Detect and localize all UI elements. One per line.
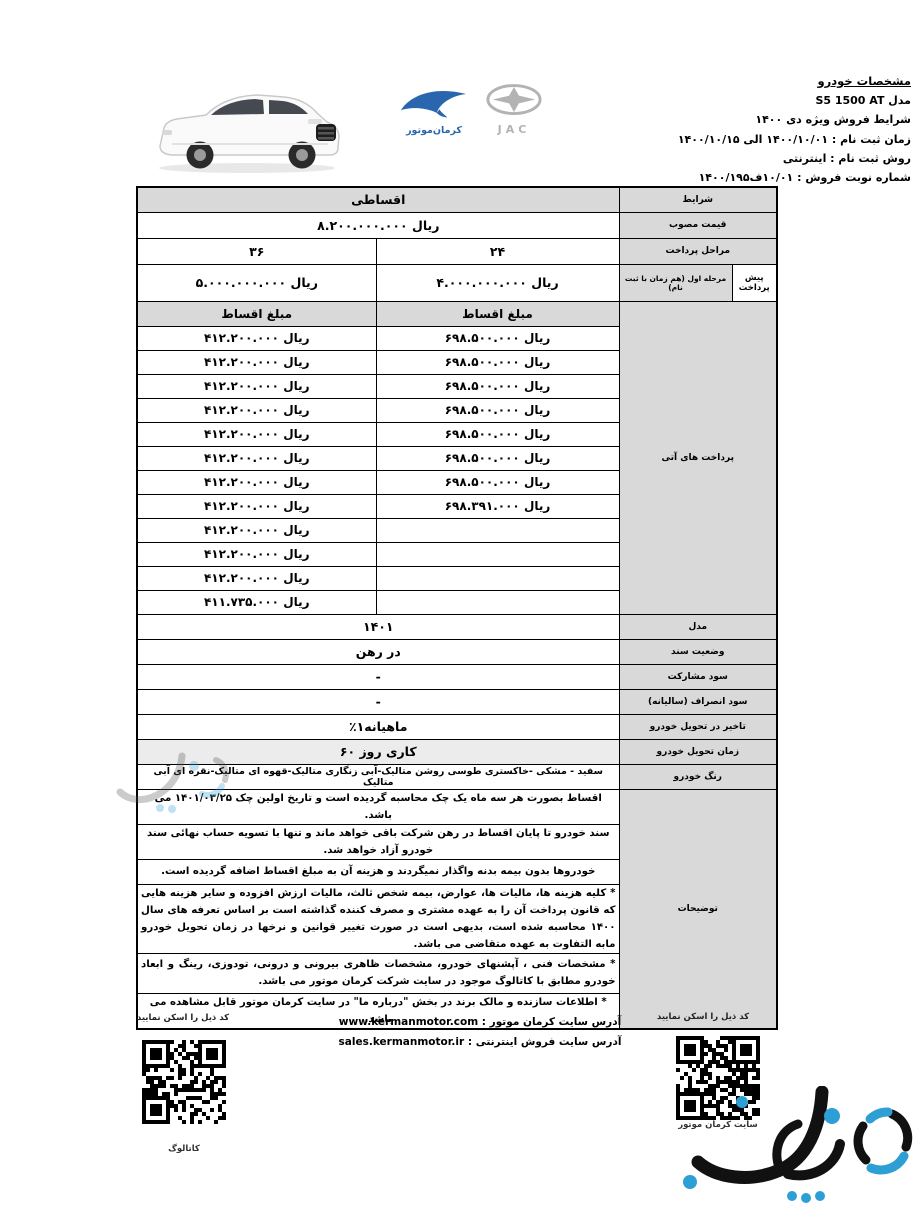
installment-cell: ۶۹۸.۳۹۱.۰۰۰ ریال [376, 494, 619, 518]
installment-cell: ۶۹۸.۵۰۰.۰۰۰ ریال [376, 374, 619, 398]
watermark-logo [680, 1086, 917, 1222]
label-delivery-time: زمان تحویل خودرو [619, 739, 777, 764]
value-down-24: ۴.۰۰۰.۰۰۰.۰۰۰ ریال [376, 264, 619, 301]
site-address-line: آدرس سایت کرمان موتور : www.kermanmotor.… [290, 1012, 670, 1032]
scan-instruction-left: کد ذیل را اسکن نمایید [128, 1013, 238, 1023]
label-down-payment: پیش پرداخت [732, 264, 777, 301]
registration-time-line: زمان ثبت نام : ۱۴۰۰/۱۰/۰۱ الی ۱۴۰۰/۱۰/۱۵ [678, 130, 911, 149]
label-car-color: رنگ خودرو [619, 764, 777, 789]
value-partnership-profit: - [137, 664, 619, 689]
sale-number-line: شماره نوبت فروش : ۱۰/۰۱ف۱۴۰۰/۱۹۵ [678, 168, 911, 187]
note-row: سند خودرو تا پایان اقساط در رهن شرکت باق… [137, 824, 619, 859]
value-months-36: ۳۶ [137, 238, 376, 264]
installment-cell: ۴۱۲.۲۰۰.۰۰۰ ریال [137, 494, 376, 518]
value-down-36: ۵.۰۰۰.۰۰۰.۰۰۰ ریال [137, 264, 376, 301]
installment-cell: ۴۱۲.۲۰۰.۰۰۰ ریال [137, 350, 376, 374]
value-cancellation-profit: - [137, 689, 619, 714]
value-months-24: ۲۴ [376, 238, 619, 264]
installment-cell [376, 542, 619, 566]
label-conditions: شرایط [619, 187, 777, 212]
installment-cell: ۶۹۸.۵۰۰.۰۰۰ ریال [376, 446, 619, 470]
installment-cell: ۴۱۲.۲۰۰.۰۰۰ ریال [137, 398, 376, 422]
label-partnership-profit: سود مشارکت [619, 664, 777, 689]
page-title: مشخصات خودرو [678, 72, 911, 91]
jac-logo: JAC [485, 83, 543, 139]
kerman-motor-whale-icon [398, 86, 470, 120]
kerman-motor-logo: کرمان‌موتور [396, 86, 472, 140]
note-row: * مشخصات فنی ، آپشنهای خودرو، مشخصات ظاه… [137, 953, 619, 993]
kerman-motor-logo-text: کرمان‌موتور [396, 125, 472, 136]
note-row: * کلیه هزینه ها، مالیات ها، عوارض، بیمه … [137, 884, 619, 953]
label-cancellation-profit: سود انصراف (سالیانه) [619, 689, 777, 714]
installment-cell: ۴۱۲.۲۰۰.۰۰۰ ریال [137, 470, 376, 494]
sale-terms-line: شرایط فروش ویژه دی ۱۴۰۰ [678, 110, 911, 129]
value-plan-type: اقساطی [137, 187, 619, 212]
label-future-payments: پرداخت های آتی [619, 301, 777, 614]
sales-address-line: آدرس سایت فروش اینترنتی : sales.kermanmo… [290, 1032, 670, 1052]
model-line: مدل S5 1500 AT [678, 91, 911, 110]
header-info: مشخصات خودرو مدل S5 1500 AT شرایط فروش و… [678, 72, 911, 187]
value-car-colors: سفید - مشکی -خاکستری طوسی روشن متالیک-آب… [137, 764, 619, 789]
installment-cell: ۶۹۸.۵۰۰.۰۰۰ ریال [376, 398, 619, 422]
value-approved-price: ۸.۲۰۰.۰۰۰.۰۰۰ ریال [137, 212, 619, 238]
installment-cell [376, 590, 619, 614]
installment-cell: ۴۱۲.۲۰۰.۰۰۰ ریال [137, 518, 376, 542]
spec-table: شرایط اقساطی قیمت مصوب ۸.۲۰۰.۰۰۰.۰۰۰ ریا… [136, 186, 778, 1030]
installment-cell: ۴۱۲.۲۰۰.۰۰۰ ریال [137, 326, 376, 350]
installment-cell: ۴۱۲.۲۰۰.۰۰۰ ریال [137, 446, 376, 470]
jac-star-icon [485, 83, 543, 119]
installment-cell [376, 518, 619, 542]
value-delivery-time: ۶۰ ‎روز ‎کاری [137, 739, 619, 764]
installment-cell: ۴۱۱.۷۳۵.۰۰۰ ریال [137, 590, 376, 614]
jac-logo-text: JAC [485, 123, 543, 136]
label-approved-price: قیمت مصوب [619, 212, 777, 238]
registration-method-line: روش ثبت نام : اینترنتی [678, 149, 911, 168]
header-installment-amount-36: مبلغ اقساط [137, 301, 376, 326]
label-model: مدل [619, 614, 777, 639]
note-row: اقساط بصورت هر سه ماه یک چک محاسبه گردید… [137, 789, 619, 824]
price-sheet-page: کرمان‌موتور JAC مشخصات خودرو مدل S5 1500… [0, 0, 917, 1222]
label-delivery-delay: تاخیر در تحویل خودرو [619, 714, 777, 739]
installment-cell: ۶۹۸.۵۰۰.۰۰۰ ریال [376, 470, 619, 494]
website-addresses: آدرس سایت کرمان موتور : www.kermanmotor.… [290, 1012, 670, 1052]
value-model-year: ۱۴۰۱ [137, 614, 619, 639]
installment-cell: ۶۹۸.۵۰۰.۰۰۰ ریال [376, 326, 619, 350]
qr-caption-catalog: کاتالوگ [142, 1144, 226, 1154]
installment-cell: ۴۱۲.۲۰۰.۰۰۰ ریال [137, 542, 376, 566]
qr-code-catalog [142, 1040, 226, 1124]
installment-cell: ۶۹۸.۵۰۰.۰۰۰ ریال [376, 350, 619, 374]
installment-cell: ۴۱۲.۲۰۰.۰۰۰ ریال [137, 374, 376, 398]
label-notes: توضیحات [619, 789, 777, 1029]
installment-cell [376, 566, 619, 590]
car-photo [148, 82, 346, 178]
value-delivery-delay: ٪۱ماهیانه [137, 714, 619, 739]
installment-cell: ۶۹۸.۵۰۰.۰۰۰ ریال [376, 422, 619, 446]
label-first-stage: مرحله اول (هم زمان با ثبت نام) [619, 264, 732, 301]
watermark-calligraphy-icon [680, 1086, 917, 1222]
label-document-status: وضعیت سند [619, 639, 777, 664]
installment-cell: ۴۱۲.۲۰۰.۰۰۰ ریال [137, 422, 376, 446]
value-document-status: در رهن [137, 639, 619, 664]
label-payment-stages: مراحل پرداخت [619, 238, 777, 264]
installment-cell: ۴۱۲.۲۰۰.۰۰۰ ریال [137, 566, 376, 590]
header-installment-amount-24: مبلغ اقساط [376, 301, 619, 326]
note-row: خودروها بدون بیمه بدنه واگذار نمیگردند و… [137, 859, 619, 884]
